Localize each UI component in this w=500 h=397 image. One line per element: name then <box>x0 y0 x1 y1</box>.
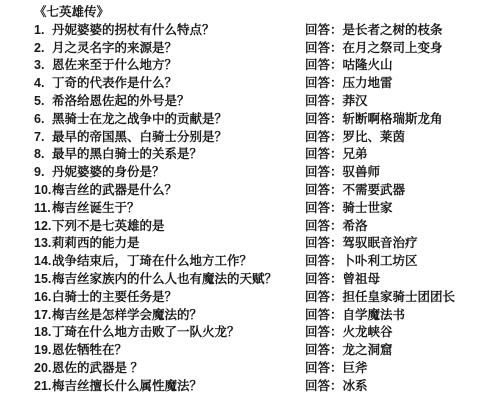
question-number: 6. <box>34 111 52 129</box>
qa-row: 8.最早的黑白骑士的关系是？ 回答：兄弟 <box>34 146 500 164</box>
qa-row: 20.恩佐的武器是 ？ 回答：巨斧 <box>34 360 500 378</box>
answer-prefix: 回答： <box>305 201 343 215</box>
question-text: 梅吉丝擅长什么属性魔法？ <box>52 379 202 393</box>
question-cell: 2.月之灵名字的来源是？ <box>34 40 305 58</box>
answer-cell: 回答：兄弟 <box>305 146 368 164</box>
answer-prefix: 回答： <box>305 76 343 90</box>
question-text: 丹妮婆婆的身份是？ <box>52 165 165 179</box>
question-number: 14. <box>34 253 52 271</box>
question-number: 21. <box>34 378 52 396</box>
answer-cell: 回答：曾祖母 <box>305 271 380 289</box>
answer-text: 是长者之树的枝条 <box>343 23 443 37</box>
answer-cell: 回答：压力地雷 <box>305 75 393 93</box>
answer-prefix: 回答： <box>305 183 343 197</box>
question-number: 3. <box>34 57 52 75</box>
qa-row: 4.丁奇的代表作是什么？ 回答：压力地雷 <box>34 75 500 93</box>
answer-text: 在月之祭司上变身 <box>343 41 443 55</box>
answer-text: 龙之洞窟 <box>343 343 393 357</box>
question-text: 恩佐的武器是 ？ <box>52 361 143 375</box>
question-text: 希洛给恩佐起的外号是？ <box>52 94 190 108</box>
answer-text: 担任皇家骑士团团长 <box>343 290 456 304</box>
answer-cell: 回答：不需要武器 <box>305 182 405 200</box>
question-text: 梅吉丝诞生于？ <box>52 201 140 215</box>
question-number: 9. <box>34 164 52 182</box>
answer-text: 莽汉 <box>343 94 368 108</box>
question-text: 月之灵名字的来源是？ <box>52 41 177 55</box>
question-text: 丹妮婆婆的拐杖有什么特点？ <box>52 23 215 37</box>
qa-row: 3.恩佐来至于什么地方？ 回答：咕隆火山 <box>34 57 500 75</box>
question-text: 丁琦在什么地方击败了一队火龙？ <box>52 325 240 339</box>
question-text: 下列不是七英雄的是 <box>52 219 165 233</box>
answer-prefix: 回答： <box>305 23 343 37</box>
answer-text: 自学魔法书 <box>343 308 406 322</box>
answer-prefix: 回答： <box>305 325 343 339</box>
question-text: 黑骑士在龙之战争中的贡献是？ <box>52 112 227 126</box>
answer-text: 曾祖母 <box>343 272 381 286</box>
question-cell: 8.最早的黑白骑士的关系是？ <box>34 146 305 164</box>
question-cell: 4.丁奇的代表作是什么？ <box>34 75 305 93</box>
qa-row: 2.月之灵名字的来源是？ 回答：在月之祭司上变身 <box>34 40 500 58</box>
answer-prefix: 回答： <box>305 361 343 375</box>
answer-text: 希洛 <box>343 219 368 233</box>
answer-cell: 回答：冰系 <box>305 378 368 396</box>
answer-cell: 回答：在月之祭司上变身 <box>305 40 443 58</box>
qa-row: 9.丹妮婆婆的身份是？ 回答：驭兽师 <box>34 164 500 182</box>
answer-cell: 回答：罗比、莱茵 <box>305 129 405 147</box>
answer-cell: 回答：驾驭眠音治疗 <box>305 235 418 253</box>
qa-row: 18.丁琦在什么地方击败了一队火龙？ 回答：火龙峡谷 <box>34 324 500 342</box>
question-number: 13. <box>34 235 52 253</box>
answer-text: 压力地雷 <box>343 76 393 90</box>
answer-prefix: 回答： <box>305 112 343 126</box>
question-cell: 1.丹妮婆婆的拐杖有什么特点？ <box>34 22 305 40</box>
answer-cell: 回答：巨斧 <box>305 360 368 378</box>
qa-row: 21.梅吉丝擅长什么属性魔法？ 回答：冰系 <box>34 378 500 396</box>
answer-cell: 回答：骑士世家 <box>305 200 393 218</box>
question-number: 4. <box>34 75 52 93</box>
answer-cell: 回答：斩断啊格瑞斯龙角 <box>305 111 443 129</box>
answer-cell: 回答：驭兽师 <box>305 164 380 182</box>
answer-cell: 回答：火龙峡谷 <box>305 324 393 342</box>
answer-prefix: 回答： <box>305 272 343 286</box>
question-cell: 10.梅吉丝的武器是什么？ <box>34 182 305 200</box>
question-text: 梅吉丝的武器是什么？ <box>52 183 177 197</box>
question-number: 8. <box>34 146 52 164</box>
answer-text: 斩断啊格瑞斯龙角 <box>343 112 443 126</box>
answer-prefix: 回答： <box>305 308 343 322</box>
answer-prefix: 回答： <box>305 147 343 161</box>
qa-row: 1.丹妮婆婆的拐杖有什么特点？ 回答：是长者之树的枝条 <box>34 22 500 40</box>
answer-prefix: 回答： <box>305 343 343 357</box>
qa-row: 19.恩佐牺牲在？ 回答：龙之洞窟 <box>34 342 500 360</box>
question-number: 10. <box>34 182 52 200</box>
answer-text: 骑士世家 <box>343 201 393 215</box>
question-number: 5. <box>34 93 52 111</box>
question-text: 最早的黑白骑士的关系是？ <box>52 147 202 161</box>
question-cell: 12.下列不是七英雄的是 <box>34 218 305 236</box>
qa-row: 10.梅吉丝的武器是什么？ 回答：不需要武器 <box>34 182 500 200</box>
question-cell: 19.恩佐牺牲在？ <box>34 342 305 360</box>
question-cell: 14.战争结束后，丁琦在什么地方工作？ <box>34 253 305 271</box>
question-number: 19. <box>34 342 52 360</box>
answer-cell: 回答：担任皇家骑士团团长 <box>305 289 455 307</box>
question-text: 恩佐牺牲在？ <box>52 343 127 357</box>
question-cell: 9.丹妮婆婆的身份是？ <box>34 164 305 182</box>
answer-text: 咕隆火山 <box>343 58 393 72</box>
answer-text: 驾驭眠音治疗 <box>343 236 418 250</box>
answer-prefix: 回答： <box>305 379 343 393</box>
answer-text: 冰系 <box>343 379 368 393</box>
qa-row: 16.白骑士的主要任务是？ 回答：担任皇家骑士团团长 <box>34 289 500 307</box>
answer-cell: 回答：自学魔法书 <box>305 307 405 325</box>
question-number: 20. <box>34 360 52 378</box>
answer-cell: 回答：咕隆火山 <box>305 57 393 75</box>
answer-text: 不需要武器 <box>343 183 406 197</box>
answer-text: 罗比、莱茵 <box>343 130 406 144</box>
qa-row: 14.战争结束后，丁琦在什么地方工作？ 回答：卜卟利工坊区 <box>34 253 500 271</box>
question-cell: 5.希洛给恩佐起的外号是？ <box>34 93 305 111</box>
question-text: 莉莉西的能力是 <box>52 236 140 250</box>
page-title: 《七英雄传》 <box>34 4 500 22</box>
qa-list: 1.丹妮婆婆的拐杖有什么特点？ 回答：是长者之树的枝条 2.月之灵名字的来源是？… <box>34 22 500 396</box>
question-text: 最早的帝国黑、白骑士分别是？ <box>52 130 227 144</box>
question-text: 梅吉丝家族内的什么人也有魔法的天赋？ <box>52 272 277 286</box>
qa-document: 《七英雄传》 1.丹妮婆婆的拐杖有什么特点？ 回答：是长者之树的枝条 2.月之灵… <box>0 0 500 396</box>
answer-prefix: 回答： <box>305 290 343 304</box>
question-text: 战争结束后，丁琦在什么地方工作？ <box>52 254 252 268</box>
qa-row: 6.黑骑士在龙之战争中的贡献是？ 回答：斩断啊格瑞斯龙角 <box>34 111 500 129</box>
answer-cell: 回答：希洛 <box>305 218 368 236</box>
question-cell: 18.丁琦在什么地方击败了一队火龙？ <box>34 324 305 342</box>
answer-text: 驭兽师 <box>343 165 381 179</box>
answer-cell: 回答：卜卟利工坊区 <box>305 253 418 271</box>
answer-prefix: 回答： <box>305 219 343 233</box>
qa-row: 12.下列不是七英雄的是 回答：希洛 <box>34 218 500 236</box>
qa-row: 15.梅吉丝家族内的什么人也有魔法的天赋？ 回答：曾祖母 <box>34 271 500 289</box>
qa-row: 7.最早的帝国黑、白骑士分别是？ 回答：罗比、莱茵 <box>34 129 500 147</box>
question-cell: 11.梅吉丝诞生于？ <box>34 200 305 218</box>
question-cell: 6.黑骑士在龙之战争中的贡献是？ <box>34 111 305 129</box>
answer-prefix: 回答： <box>305 165 343 179</box>
answer-prefix: 回答： <box>305 236 343 250</box>
answer-cell: 回答：是长者之树的枝条 <box>305 22 443 40</box>
question-number: 12. <box>34 218 52 236</box>
question-number: 2. <box>34 40 52 58</box>
question-cell: 21.梅吉丝擅长什么属性魔法？ <box>34 378 305 396</box>
question-cell: 15.梅吉丝家族内的什么人也有魔法的天赋？ <box>34 271 305 289</box>
question-cell: 16.白骑士的主要任务是？ <box>34 289 305 307</box>
question-number: 16. <box>34 289 52 307</box>
answer-prefix: 回答： <box>305 130 343 144</box>
question-number: 17. <box>34 307 52 325</box>
answer-cell: 回答：莽汉 <box>305 93 368 111</box>
qa-row: 13.莉莉西的能力是 回答：驾驭眠音治疗 <box>34 235 500 253</box>
question-number: 7. <box>34 129 52 147</box>
question-text: 梅吉丝是怎样学会魔法的？ <box>52 308 202 322</box>
answer-text: 卜卟利工坊区 <box>343 254 418 268</box>
question-number: 11. <box>34 200 52 218</box>
question-text: 白骑士的主要任务是？ <box>52 290 177 304</box>
answer-text: 巨斧 <box>343 361 368 375</box>
question-cell: 3.恩佐来至于什么地方？ <box>34 57 305 75</box>
question-cell: 13.莉莉西的能力是 <box>34 235 305 253</box>
question-text: 丁奇的代表作是什么？ <box>52 76 177 90</box>
question-text: 恩佐来至于什么地方？ <box>52 58 177 72</box>
answer-cell: 回答：龙之洞窟 <box>305 342 393 360</box>
question-number: 1. <box>34 22 52 40</box>
answer-text: 兄弟 <box>343 147 368 161</box>
question-cell: 20.恩佐的武器是 ？ <box>34 360 305 378</box>
question-cell: 17.梅吉丝是怎样学会魔法的？ <box>34 307 305 325</box>
answer-prefix: 回答： <box>305 254 343 268</box>
qa-row: 11.梅吉丝诞生于？ 回答：骑士世家 <box>34 200 500 218</box>
qa-row: 17.梅吉丝是怎样学会魔法的？ 回答：自学魔法书 <box>34 307 500 325</box>
question-cell: 7.最早的帝国黑、白骑士分别是？ <box>34 129 305 147</box>
answer-text: 火龙峡谷 <box>343 325 393 339</box>
answer-prefix: 回答： <box>305 58 343 72</box>
question-number: 18. <box>34 324 52 342</box>
question-number: 15. <box>34 271 52 289</box>
answer-prefix: 回答： <box>305 94 343 108</box>
answer-prefix: 回答： <box>305 41 343 55</box>
qa-row: 5.希洛给恩佐起的外号是？ 回答：莽汉 <box>34 93 500 111</box>
